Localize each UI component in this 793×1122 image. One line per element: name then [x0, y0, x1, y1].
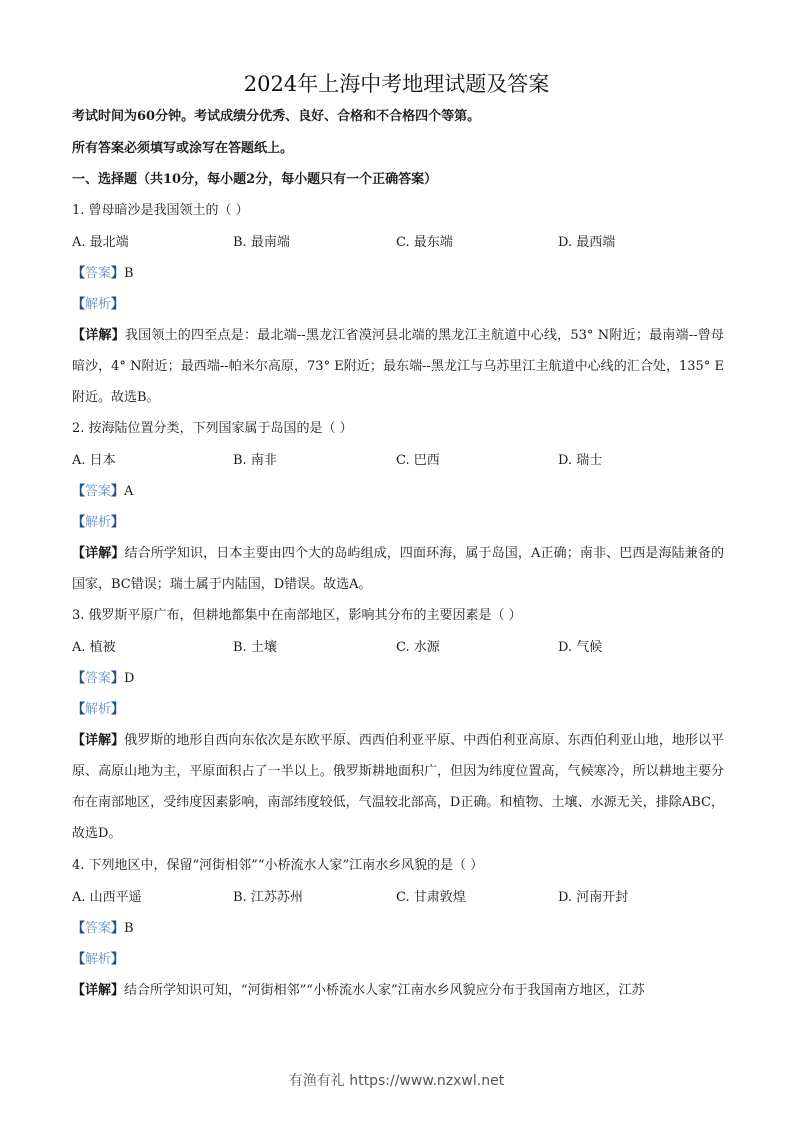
- option-b: B. 江苏苏州: [233, 889, 303, 907]
- analysis-label: 【解析】: [72, 296, 124, 314]
- question-4-options: A. 山西平遥 B. 江苏苏州 C. 甘肃敦煌 D. 河南开封: [72, 889, 732, 907]
- option-b: B. 最南端: [233, 234, 290, 252]
- option-b: B. 南非: [233, 452, 277, 470]
- option-d: D. 最西端: [558, 234, 615, 252]
- footer-watermark: 有渔有礼 https://www.nzxwl.net: [0, 1070, 793, 1090]
- option-d: D. 河南开封: [558, 889, 628, 907]
- question-1-options: A. 最北端 B. 最南端 C. 最东端 D. 最西端: [72, 234, 732, 252]
- answer-label: 【答案】B: [72, 920, 134, 938]
- answer-label: 【答案】A: [72, 483, 133, 501]
- intro-line-2: 所有答案必须填写或涂写在答题纸上。: [72, 140, 293, 158]
- answer-value: B: [124, 921, 134, 936]
- question-1-detail: 【详解】我国领土的四至点是：最北端--黑龙江省漠河县北端的黑龙江主航道中心线，5…: [72, 320, 724, 413]
- analysis-label: 【解析】: [72, 514, 124, 532]
- question-3-stem: 3. 俄罗斯平原广布，但耕地都集中在南部地区，影响其分布的主要因素是（ ）: [72, 607, 522, 625]
- option-c: C. 甘肃敦煌: [396, 889, 466, 907]
- option-d: D. 气候: [558, 639, 602, 657]
- question-4-stem: 4. 下列地区中，保留“河街相邻”“小桥流水人家”江南水乡风貌的是（ ）: [72, 857, 483, 875]
- question-2-options: A. 日本 B. 南非 C. 巴西 D. 瑞士: [72, 452, 732, 470]
- question-1-stem: 1. 曾母暗沙是我国领土的（ ）: [72, 202, 249, 220]
- question-2-detail: 【详解】结合所学知识，日本主要由四个大的岛屿组成，四面环海，属于岛国，A正确；南…: [72, 538, 724, 600]
- analysis-label: 【解析】: [72, 701, 124, 719]
- option-a: A. 植被: [72, 639, 116, 657]
- answer-label: 【答案】D: [72, 670, 134, 688]
- option-c: C. 巴西: [396, 452, 440, 470]
- answer-value: D: [124, 671, 134, 686]
- option-a: A. 日本: [72, 452, 116, 470]
- option-d: D. 瑞士: [558, 452, 602, 470]
- answer-value: A: [124, 484, 133, 499]
- question-3-options: A. 植被 B. 土壤 C. 水源 D. 气候: [72, 639, 732, 657]
- analysis-label: 【解析】: [72, 951, 124, 969]
- question-2-stem: 2. 按海陆位置分类，下列国家属于岛国的是（ ）: [72, 420, 353, 438]
- question-3-detail: 【详解】俄罗斯的地形自西向东依次是东欧平原、西西伯利亚平原、中西伯利亚高原、东西…: [72, 725, 724, 849]
- answer-label: 【答案】B: [72, 265, 134, 283]
- option-a: A. 最北端: [72, 234, 129, 252]
- option-a: A. 山西平遥: [72, 889, 142, 907]
- option-c: C. 水源: [396, 639, 440, 657]
- question-4-detail: 【详解】结合所学知识可知，“河街相邻”“小桥流水人家”江南水乡风貌应分布于我国南…: [72, 975, 724, 1006]
- option-c: C. 最东端: [396, 234, 453, 252]
- option-b: B. 土壤: [233, 639, 277, 657]
- document-title: 2024年上海中考地理试题及答案: [0, 70, 793, 98]
- intro-line-1: 考试时间为60分钟。考试成绩分优秀、良好、合格和不合格四个等第。: [72, 108, 480, 126]
- section-heading: 一、选择题（共10分，每小题2分，每小题只有一个正确答案）: [72, 171, 437, 189]
- answer-value: B: [124, 266, 134, 281]
